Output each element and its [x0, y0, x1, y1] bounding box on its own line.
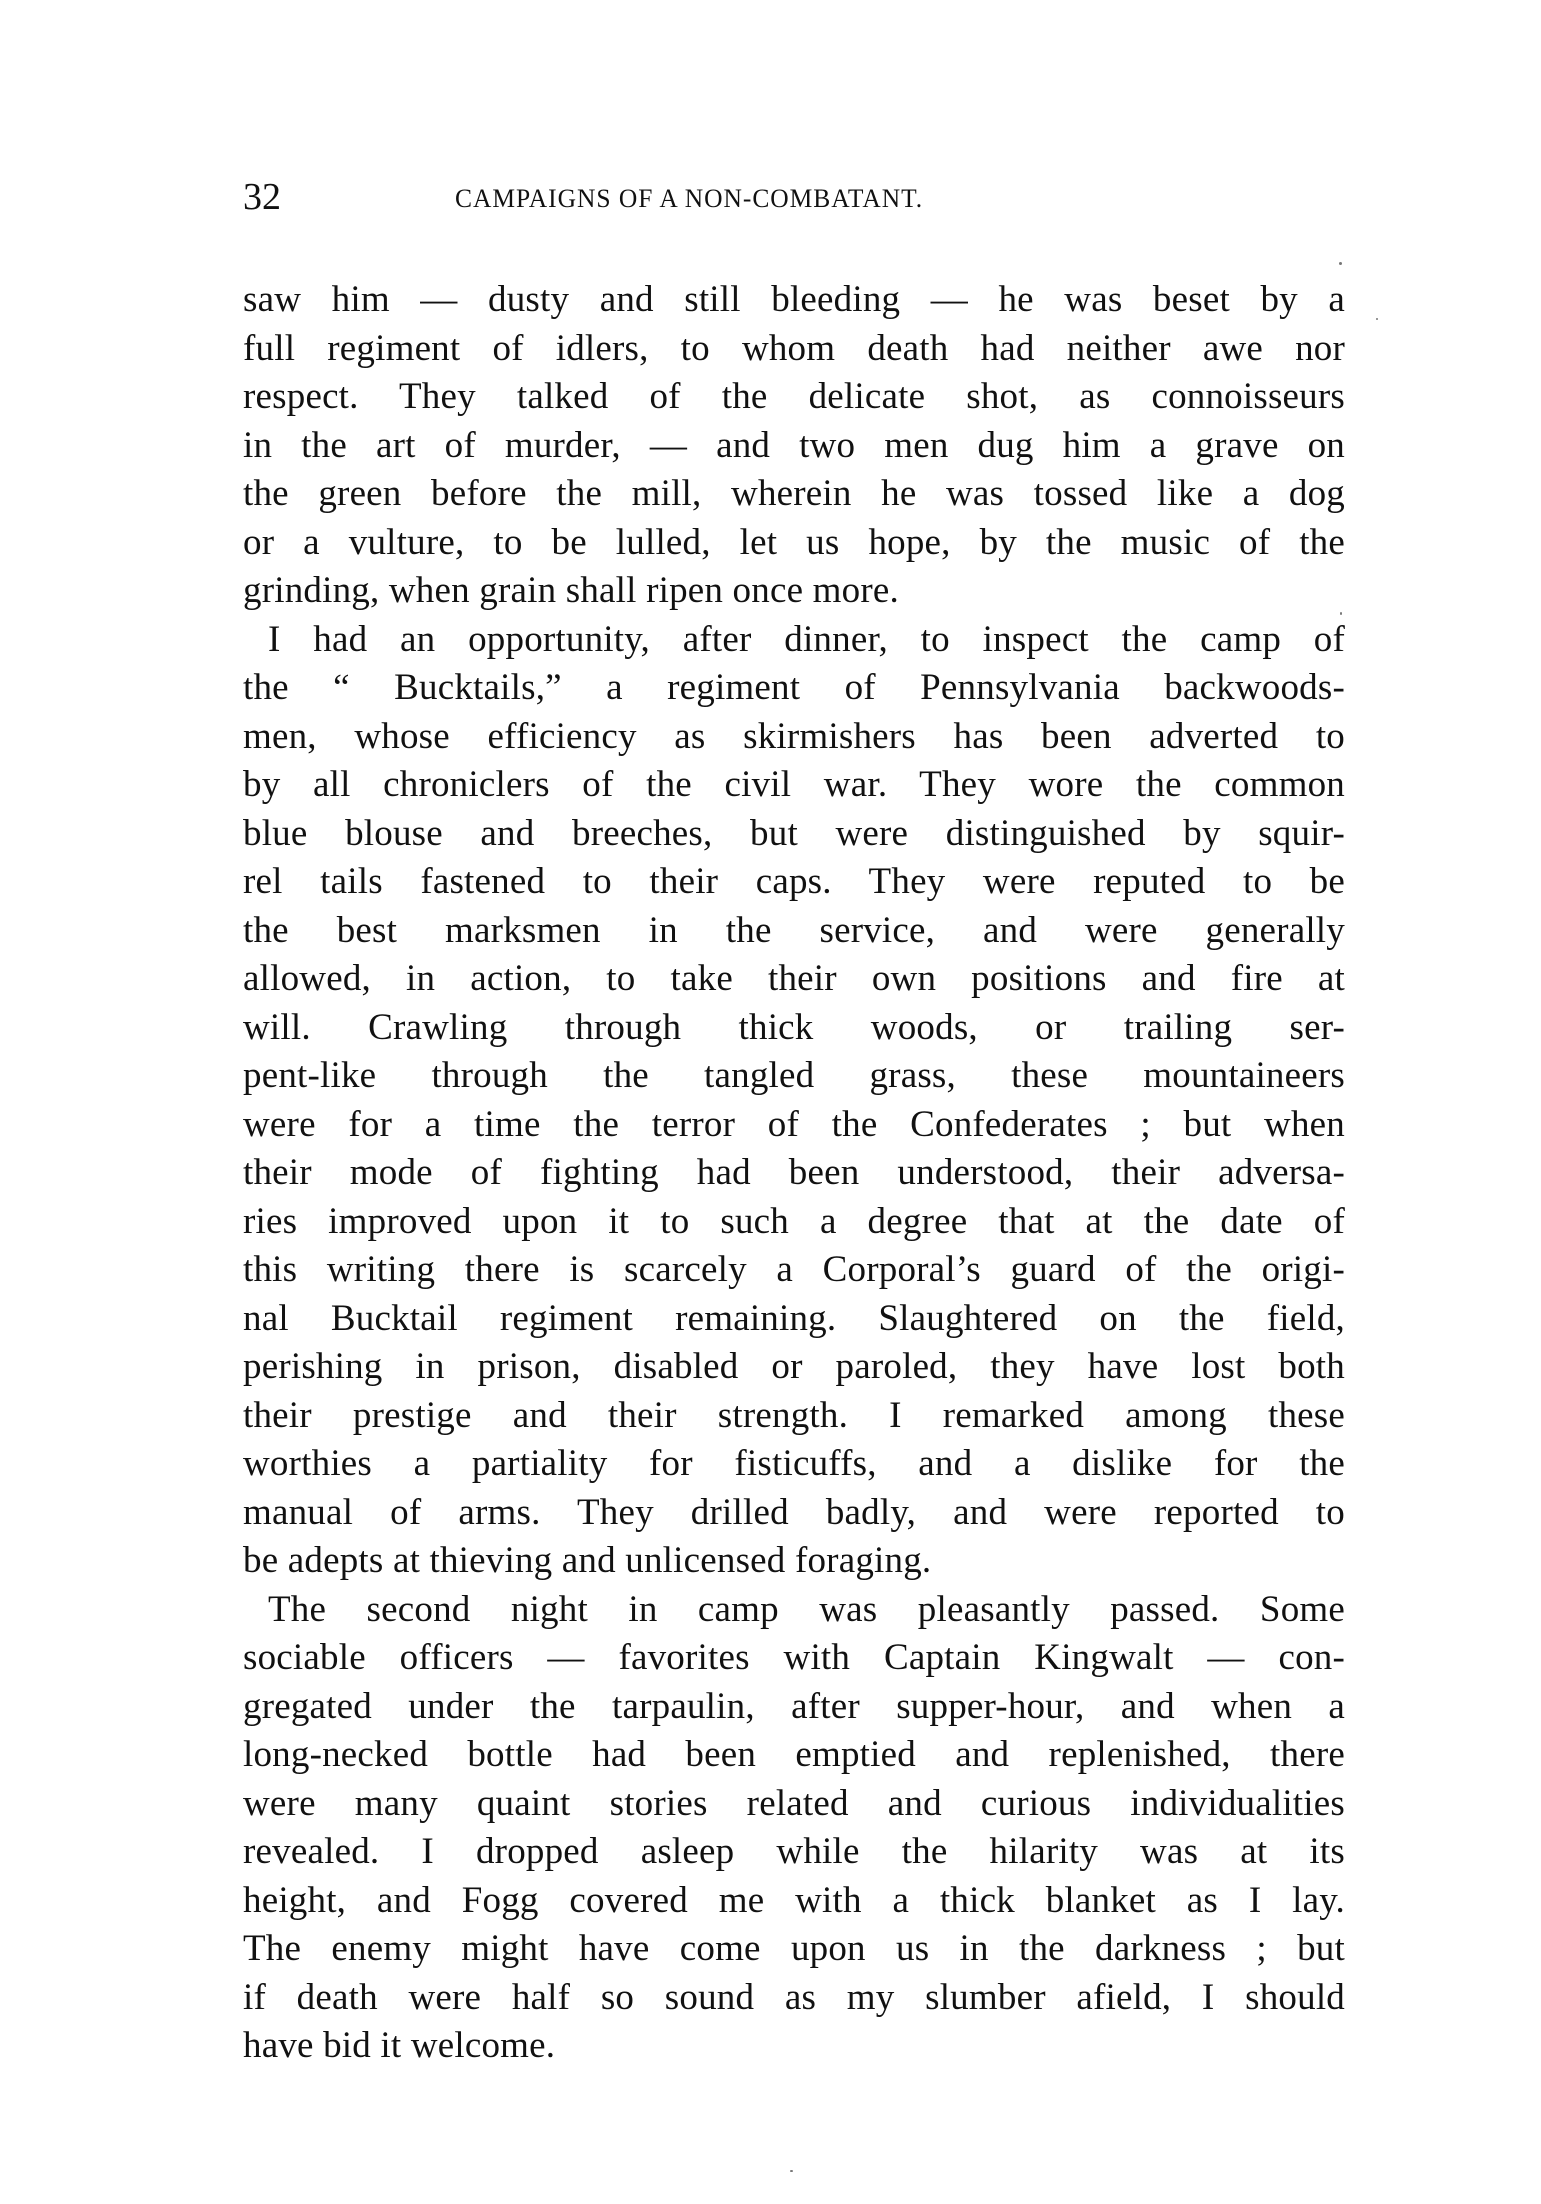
text-line: or a vulture, to be lulled, let us hope,…: [243, 519, 1345, 568]
text-line: saw him — dusty and still bleeding — he …: [243, 276, 1345, 325]
text-line: the “ Bucktails,” a regiment of Pennsylv…: [243, 664, 1345, 713]
text-line: pent-like through the tangled grass, the…: [243, 1052, 1345, 1101]
text-line: full regiment of idlers, to whom death h…: [243, 325, 1345, 374]
text-line: The enemy might have come upon us in the…: [243, 1925, 1345, 1974]
text-line: be adepts at thieving and unlicensed for…: [243, 1537, 1345, 1586]
body-text: saw him — dusty and still bleeding — he …: [243, 276, 1345, 2071]
scan-speck: [1339, 262, 1342, 265]
text-line: this writing there is scarcely a Corpora…: [243, 1246, 1345, 1295]
text-line: in the art of murder, — and two men dug …: [243, 422, 1345, 471]
text-line: ries improved upon it to such a degree t…: [243, 1198, 1345, 1247]
paragraph-first-line: The second night in camp was pleasantly …: [243, 1586, 1345, 1635]
text-line: height, and Fogg covered me with a thick…: [243, 1877, 1345, 1926]
text-line: rel tails fastened to their caps. They w…: [243, 858, 1345, 907]
running-title: CAMPAIGNS OF A NON-COMBATANT.: [455, 176, 923, 222]
page-number: 32: [243, 172, 281, 222]
text-line: grinding, when grain shall ripen once mo…: [243, 567, 1345, 616]
scan-speck: [1376, 318, 1378, 320]
paragraph-first-line: I had an opportunity, after dinner, to i…: [243, 616, 1345, 665]
text-line: the green before the mill, wherein he wa…: [243, 470, 1345, 519]
scan-speck: [790, 2170, 793, 2172]
text-line: gregated under the tarpaulin, after supp…: [243, 1683, 1345, 1732]
text-line: blue blouse and breeches, but were disti…: [243, 810, 1345, 859]
text-line: were for a time the terror of the Confed…: [243, 1101, 1345, 1150]
text-line: nal Bucktail regiment remaining. Slaught…: [243, 1295, 1345, 1344]
text-line: sociable officers — favorites with Capta…: [243, 1634, 1345, 1683]
text-line: worthies a partiality for fisticuffs, an…: [243, 1440, 1345, 1489]
scan-speck: [1340, 612, 1342, 615]
text-line: their prestige and their strength. I rem…: [243, 1392, 1345, 1441]
text-line: allowed, in action, to take their own po…: [243, 955, 1345, 1004]
text-line: will. Crawling through thick woods, or t…: [243, 1004, 1345, 1053]
running-head: 32 CAMPAIGNS OF A NON-COMBATANT.: [243, 172, 1345, 222]
text-line: their mode of fighting had been understo…: [243, 1149, 1345, 1198]
text-line: were many quaint stories related and cur…: [243, 1780, 1345, 1829]
book-page: 32 CAMPAIGNS OF A NON-COMBATANT. saw him…: [0, 0, 1541, 2204]
text-line: long-necked bottle had been emptied and …: [243, 1731, 1345, 1780]
text-line: have bid it welcome.: [243, 2022, 1345, 2071]
text-line: manual of arms. They drilled badly, and …: [243, 1489, 1345, 1538]
text-line: the best marksmen in the service, and we…: [243, 907, 1345, 956]
text-line: respect. They talked of the delicate sho…: [243, 373, 1345, 422]
text-line: if death were half so sound as my slumbe…: [243, 1974, 1345, 2023]
text-line: men, whose efficiency as skirmishers has…: [243, 713, 1345, 762]
text-line: revealed. I dropped asleep while the hil…: [243, 1828, 1345, 1877]
text-line: by all chroniclers of the civil war. The…: [243, 761, 1345, 810]
text-line: perishing in prison, disabled or paroled…: [243, 1343, 1345, 1392]
